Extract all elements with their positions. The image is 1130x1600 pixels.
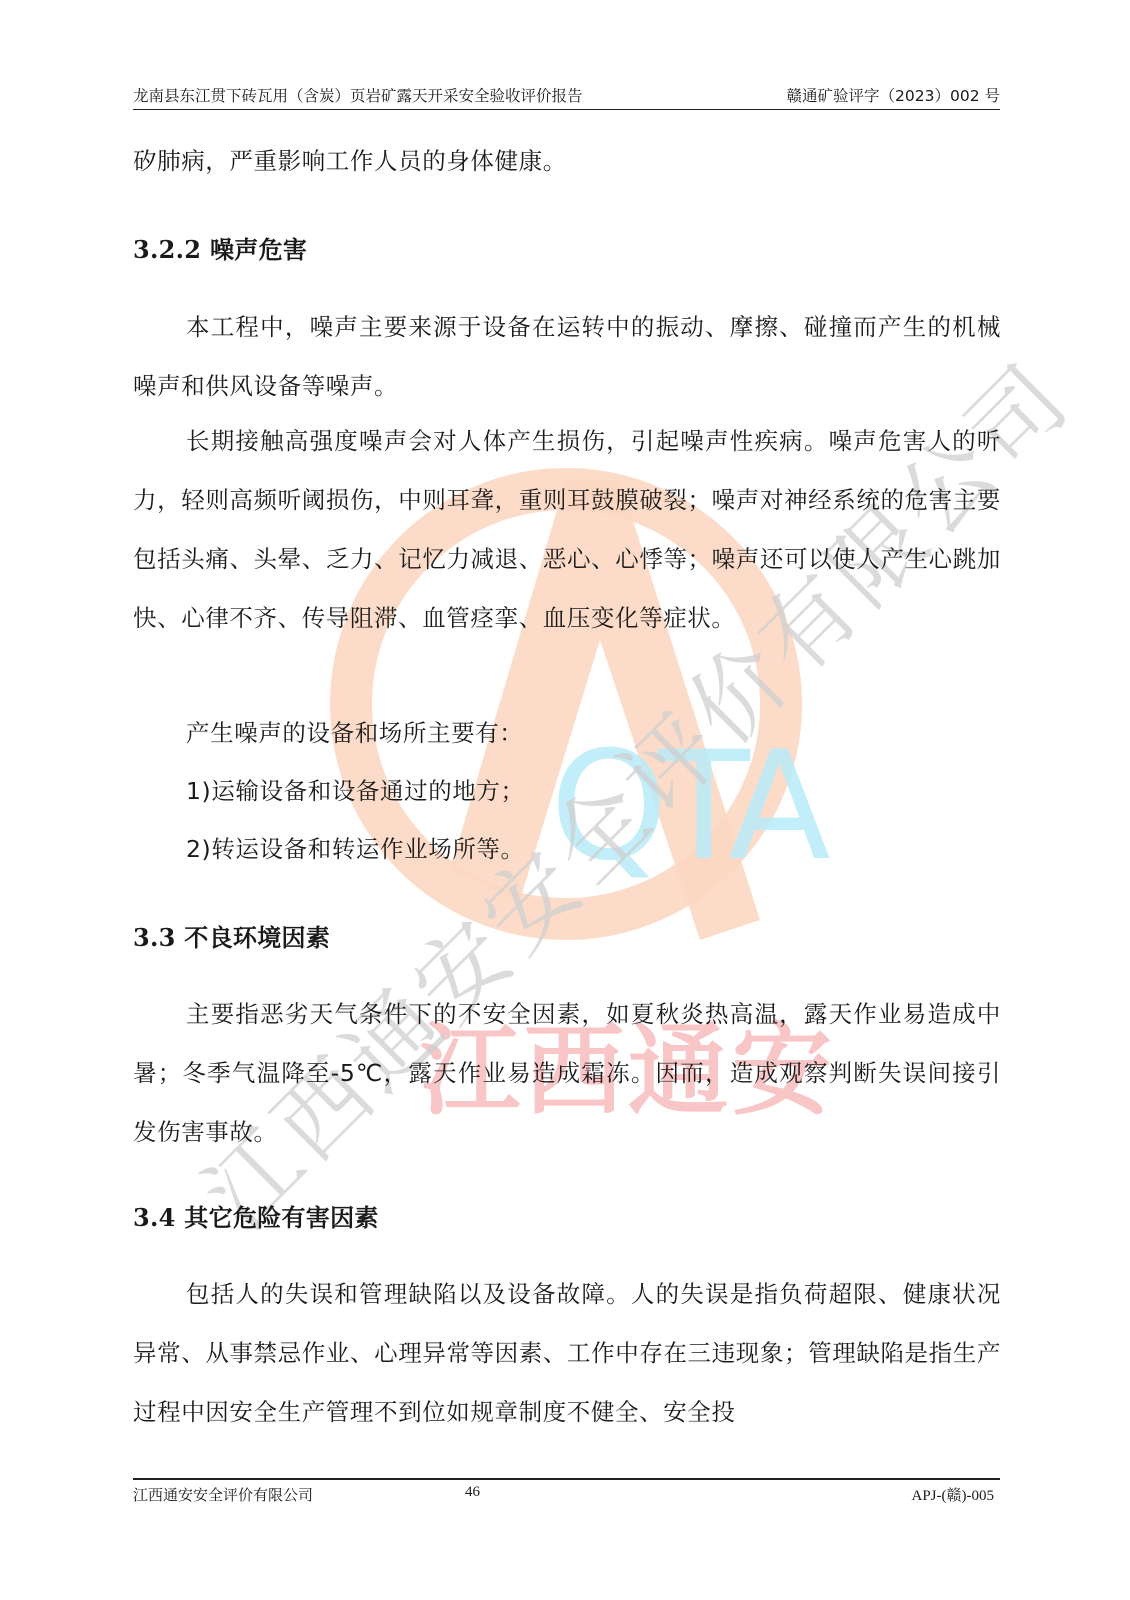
report-title: 龙南县东江贯下砖瓦用（含炭）页岩矿露天开采安全验收评价报告: [133, 84, 583, 106]
paragraph-environment: 主要指恶劣天气条件下的不安全因素，如夏秋炎热高温，露天作业易造成中暑；冬季气温降…: [133, 985, 1001, 1162]
paragraph-continuation: 矽肺病，严重影响工作人员的身体健康。: [133, 132, 1001, 191]
paragraph-noise-harm: 长期接触高强度噪声会对人体产生损伤，引起噪声性疾病。噪声危害人的听力，轻则高频听…: [133, 412, 1001, 648]
page-footer: 江西通安安全评价有限公司 46 APJ-(赣)-005: [133, 1478, 1000, 1506]
list-item-2: 2)转运设备和转运作业场所等。: [133, 820, 1001, 879]
paragraph-noise-source: 本工程中，噪声主要来源于设备在运转中的振动、摩擦、碰撞而产生的机械噪声和供风设备…: [133, 298, 1001, 416]
heading-3-2-2: 3.2.2 噪声危害: [133, 230, 307, 265]
paragraph-other-hazards: 包括人的失误和管理缺陷以及设备故障。人的失误是指负荷超限、健康状况异常、从事禁忌…: [133, 1265, 1001, 1442]
heading-3-3: 3.3 不良环境因素: [133, 918, 330, 953]
list-item-1: 1)运输设备和设备通过的地方；: [133, 762, 1001, 821]
document-number: 赣通矿验评字（2023）002 号: [787, 84, 1000, 106]
page-header: 龙南县东江贯下砖瓦用（含炭）页岩矿露天开采安全验收评价报告 赣通矿验评字（202…: [133, 78, 1000, 110]
form-code: APJ-(赣)-005: [912, 1484, 995, 1505]
page-number: 46: [465, 1484, 480, 1501]
document-page: QTA 江西通安 江西通安安全评价有限公司 龙南县东江贯下砖瓦用（含炭）页岩矿露…: [0, 0, 1130, 1600]
heading-3-4: 3.4 其它危险有害因素: [133, 1198, 379, 1233]
paragraph-noise-locations-intro: 产生噪声的设备和场所主要有：: [133, 704, 1001, 763]
footer-company: 江西通安安全评价有限公司: [133, 1484, 313, 1505]
